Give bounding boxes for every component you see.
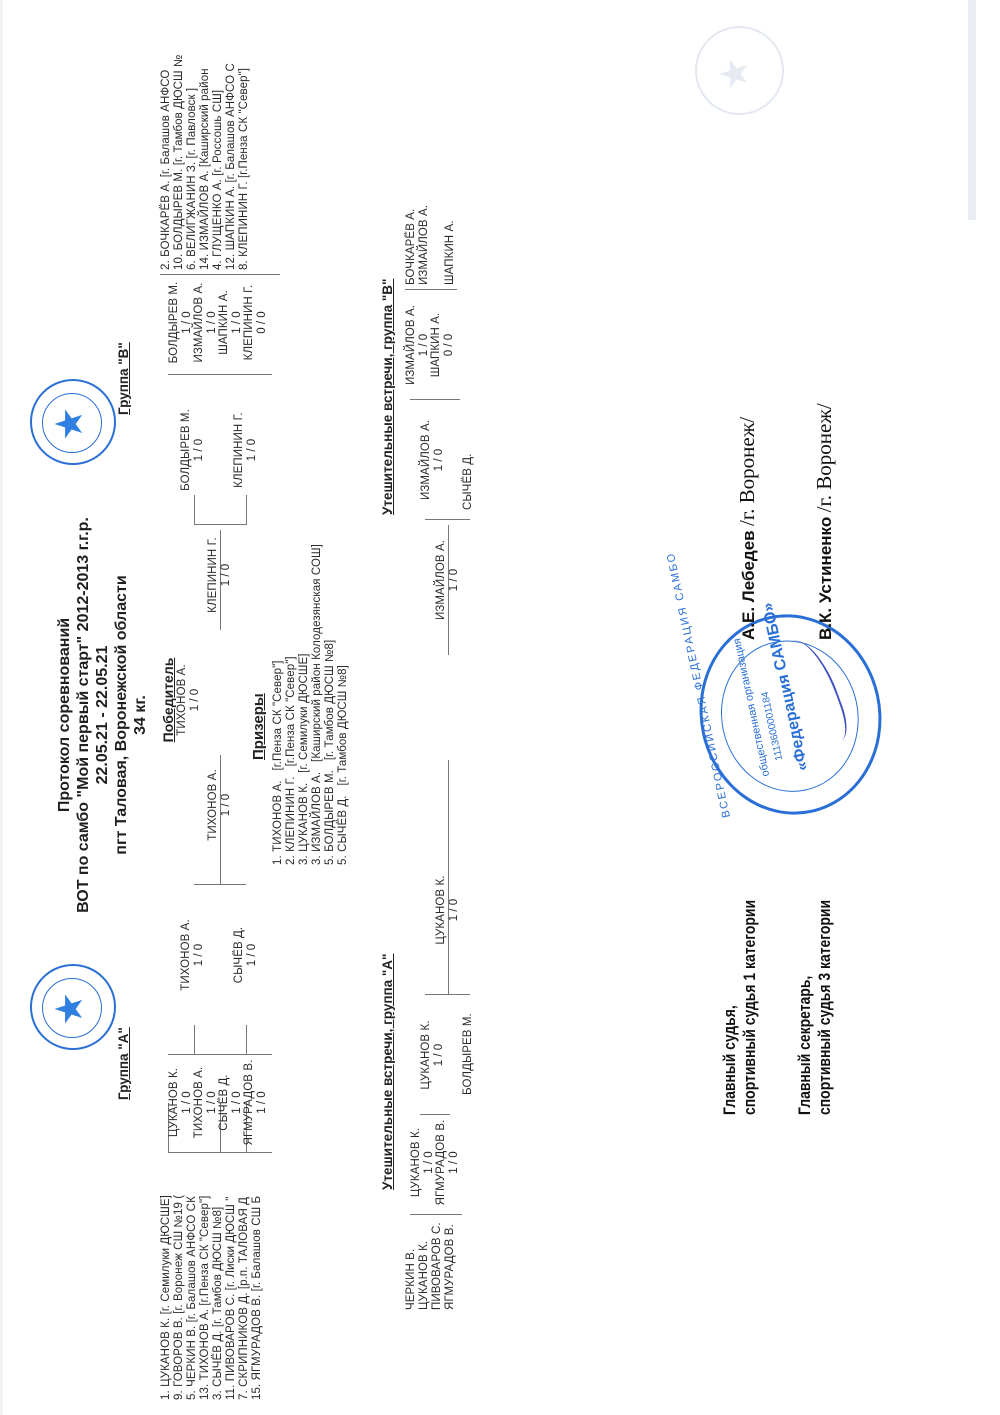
match-score: 1 / 0 [193, 380, 205, 520]
consolation-a-entrants: ЧЕРКИН В. ЦУКАНОВ К. ПИВОВАРОВ С. ЯГМУРА… [405, 1220, 457, 1310]
match-score: 1 / 0 [423, 1115, 435, 1210]
winner-name: ТИХОНОВ А. [176, 645, 189, 755]
header-line-3: 22.05.21 - 22.05.21 [93, 435, 112, 995]
header-line-1: Протокол соревнований [55, 435, 74, 995]
match-score: 1 / 0 [246, 380, 258, 520]
name: ЦУКАНОВ К. [298, 783, 310, 852]
club: [г.Пенза СК "Север"] [272, 660, 284, 770]
match-score: 1 / 0 [231, 1055, 243, 1150]
secretary-city: /г. Воронеж/ [812, 403, 836, 512]
judge-role-line1: Главный судья, [720, 900, 740, 1115]
entrant: ШАПКИН А. [444, 195, 457, 285]
participant: 4. ГЛУЩЕНКО А. [г. Россошь СШ] [212, 0, 225, 270]
club: [г. Семилуки ДЮСШЕ] [298, 653, 310, 772]
match-score: 1 / 0 [246, 885, 258, 1025]
entrant: ЧЕРКИН В. [405, 1220, 418, 1310]
match-score: 1 / 0 [181, 1055, 193, 1150]
winner-title: Победитель [160, 645, 176, 755]
match-winner: ИЗМАЙЛОВ А. [420, 405, 433, 515]
official-seal: общественная организация 1113600001184 «… [681, 597, 900, 831]
participant: 10. БОЛДЫРЕВ М. [г. Тамбов ДЮСШ № [173, 0, 186, 270]
place: 2. [285, 855, 297, 865]
match-score: 1 / 0 [433, 1000, 445, 1110]
match-score: 1 / 0 [448, 525, 460, 635]
participant: 12. ШАПКИН А. [г. Балашов АНФСО С [225, 0, 238, 270]
entrant: ИЗМАЙЛОВ А. [418, 195, 431, 285]
federation-logo-left: ★ [30, 964, 116, 1050]
group-a-round2-b: СЫЧЁВ Д. 1 / 0 [233, 885, 258, 1025]
match-winner: СЫЧЁВ Д. [218, 1055, 231, 1150]
place: 3. [311, 855, 323, 865]
match-score: 0 / 0 [256, 275, 268, 370]
secretary-role: Главный секретарь, спортивный судья 3 ка… [795, 853, 835, 1115]
consolation-b-opponent: СЫЧЁВ Д. [462, 454, 475, 510]
match-winner: ТИХОНОВ А. [180, 885, 193, 1025]
participant: 7. СКРИПНИКОВ Д. [р.п. ТАЛОВАЯ Д [238, 1150, 251, 1400]
match-winner: ЦУКАНОВ К. [168, 1055, 181, 1150]
entrant: ПИВОВАРОВ С. [431, 1220, 444, 1310]
match-winner: КЛЕПИНИН Г. [233, 380, 246, 520]
name: СЫЧЁВ Д. [337, 795, 349, 851]
match-winner: ЦУКАНОВ К. [410, 1115, 423, 1210]
header-line-4: пгт Таловая, Воронежской области [112, 435, 131, 995]
match-score: 1 / 0 [448, 855, 460, 965]
header-line-5: 34 кг. [131, 435, 150, 995]
match-score: 1 / 0 [206, 1055, 218, 1150]
match-score: 1 / 0 [448, 1115, 460, 1210]
match-winner: ШАПКИН А. [218, 275, 231, 370]
match-winner: ТИХОНОВ А. [193, 1055, 206, 1150]
place: 3. [298, 855, 310, 865]
secretary-role-line2: спортивный судья 3 категории [815, 900, 835, 1115]
place: 1. [272, 855, 284, 865]
consolation-b-entrants: БОЧКАРЁВ А. ИЗМАЙЛОВ А. ШАПКИН А. [405, 195, 457, 285]
participant: 6. ВЕЛИГЖАНИН З. [г. Павловск ] [186, 0, 199, 270]
prizewinners-list: 1. ТИХОНОВ А. [г.Пенза СК "Север"] 2. КЛ… [272, 544, 350, 865]
group-a-round2: ТИХОНОВ А. 1 / 0 [180, 885, 205, 1025]
consolation-a-opponent: БОЛДЫРЕВ М. [462, 1013, 475, 1095]
match-winner: СЫЧЁВ Д. [233, 885, 246, 1025]
participant: 11. ПИВОВАРОВ С. [г. Лиски ДЮСШ " [225, 1150, 238, 1400]
secretary-signature: В.К. Устиненко /г. Воронеж/ [812, 403, 837, 640]
match-winner: ИЗМАЙЛОВ А. [435, 525, 448, 635]
header-line-2: ВОТ по самбо "Мой первый старт" 2012-201… [74, 435, 93, 995]
consolation-a-title: Утешительные встречи, группа "А" [380, 954, 395, 1190]
scan-edge [968, 0, 976, 220]
winner-score: 1 / 0 [189, 645, 201, 755]
match-winner: ЯГМУРАДОВ В. [243, 1055, 256, 1150]
participant: 8. КЛЕПИНИН Г. [г.Пенза СК "Север"] [238, 0, 251, 270]
prizewinners-title: Призеры [250, 693, 267, 760]
secretary-name: В.К. Устиненко [816, 517, 835, 640]
judge-role-line2: спортивный судья 1 категории [740, 900, 760, 1115]
prizewinner-row: 5. СЫЧЁВ Д. [г. Тамбов ДЮСШ №8] [337, 544, 350, 865]
star-icon: ★ [50, 992, 90, 1026]
participant: 2. БОЧКАРЁВ А. [г. Балашов АНФСО [160, 0, 173, 270]
consolation-a-round2: ЦУКАНОВ К. 1 / 0 [420, 1000, 445, 1110]
club: [г. Тамбов ДЮСШ №8] [337, 665, 349, 786]
entrant: БОЧКАРЁВ А. [405, 195, 418, 285]
secretary-role-line1: Главный секретарь, [795, 900, 815, 1115]
consolation-a-round1: ЦУКАНОВ К. 1 / 0 ЯГМУРАДОВ В. 1 / 0 [410, 1115, 460, 1210]
group-b-final: КЛЕПИНИН Г. 1 / 0 [207, 525, 232, 625]
match-score: 1 / 0 [193, 885, 205, 1025]
group-b-round1: БОЛДЫРЕВ М. 1 / 0 ИЗМАЙЛОВ А. 1 / 0 ШАПК… [168, 275, 268, 370]
prizewinner-row: 3. ИЗМАЙЛОВ А. [Каширский район Колодезя… [311, 544, 324, 865]
consolation-b-round1: ИЗМАЙЛОВ А. 1 / 0 ШАПКИН А. 0 / 0 [405, 295, 455, 395]
match-winner: ТИХОНОВ А. [207, 755, 220, 855]
group-a-round1: ЦУКАНОВ К. 1 / 0 ТИХОНОВ А. 1 / 0 СЫЧЁВ … [168, 1055, 268, 1150]
name: БОЛДЫРЕВ М. [324, 770, 336, 852]
place: 5. [324, 855, 336, 865]
federation-logo-right: ★ [30, 379, 116, 465]
participant: 14. ИЗМАЙЛОВ А. [Каширский район [199, 0, 212, 270]
place: 5. [337, 855, 349, 865]
match-winner: ЯГМУРАДОВ В. [435, 1115, 448, 1210]
participant: 13. ТИХОНОВ А. [г.Пенза СК "Север"] [199, 1150, 212, 1400]
judge-city: /г. Воронеж/ [735, 417, 759, 526]
match-winner: БОЛДЫРЕВ М. [168, 275, 181, 370]
group-b-round2-b: КЛЕПИНИН Г. 1 / 0 [233, 380, 258, 520]
club: [Каширский район Колодезянская СОШ] [311, 544, 323, 762]
scan-edge-top [0, 0, 3, 1415]
participant: 3. СЫЧЁВ Д. [г. Тамбов ДЮСШ №8] [212, 1150, 225, 1400]
match-score: 1 / 0 [181, 275, 193, 370]
consolation-b-round2: ИЗМАЙЛОВ А. 1 / 0 [420, 405, 445, 515]
prizewinner-row: 1. ТИХОНОВ А. [г.Пенза СК "Север"] [272, 544, 285, 865]
match-winner: КЛЕПИНИН Г. [207, 525, 220, 625]
match-score: 1 / 0 [231, 275, 243, 370]
participant: 5. ЧЕРКИН В. [г. Балашов АНФСО СК [186, 1150, 199, 1400]
participant: 1. ЦУКАНОВ К. [г. Семилуки ДЮСШЕ] [160, 1150, 173, 1400]
entrant: ЦУКАНОВ К. [418, 1220, 431, 1310]
seal-outer-text: ВСЕРОССИЙСКАЯ ФЕДЕРАЦИЯ САМБО [665, 551, 733, 819]
consolation-b-title: Утешительные встречи, группа "В" [380, 279, 395, 515]
match-score: 0 / 0 [443, 295, 455, 395]
prizewinner-row: 2. КЛЕПИНИН Г. [г.Пенза СК "Север"] [285, 544, 298, 865]
star-icon: ★ [715, 57, 755, 91]
group-a-participants: 1. ЦУКАНОВ К. [г. Семилуки ДЮСШЕ] 9. ГОВ… [160, 1150, 264, 1400]
name: ИЗМАЙЛОВ А. [311, 772, 323, 852]
protocol-sheet: Протокол соревнований ВОТ по самбо "Мой … [0, 0, 1000, 1415]
participant: 15. ЯГМУРАДОВ В. [г. Балашов СШ Б [251, 1150, 264, 1400]
participant: 9. ГОВОРОВ В. [г. Воронеж СШ №19 ( [173, 1150, 186, 1400]
name: КЛЕПИНИН Г. [285, 776, 297, 852]
match-winner: ИЗМАЙЛОВ А. [193, 275, 206, 370]
match-score: 1 / 0 [220, 525, 232, 625]
match-winner: БОЛДЫРЕВ М. [180, 380, 193, 520]
match-winner: ИЗМАЙЛОВ А. [405, 295, 418, 395]
match-score: 1 / 0 [433, 405, 445, 515]
match-winner: КЛЕПИНИН Г. [243, 275, 256, 370]
winner-block: Победитель ТИХОНОВ А. 1 / 0 [160, 645, 201, 755]
group-b-title: Группа "В" [116, 342, 131, 415]
entrant: ЯГМУРАДОВ В. [444, 1220, 457, 1310]
match-winner: ЦУКАНОВ К. [435, 855, 448, 965]
match-score: 1 / 0 [256, 1055, 268, 1150]
group-a-title: Группа "А" [116, 1027, 131, 1100]
group-b-round2: БОЛДЫРЕВ М. 1 / 0 [180, 380, 205, 520]
match-winner: ШАПКИН А. [430, 295, 443, 395]
club: [г.Пенза СК "Север"] [285, 656, 297, 766]
group-b-participants: 2. БОЧКАРЁВ А. [г. Балашов АНФСО 10. БОЛ… [160, 0, 251, 270]
prizewinner-row: 3. ЦУКАНОВ К. [г. Семилуки ДЮСШЕ] [298, 544, 311, 865]
prizewinner-row: 5. БОЛДЫРЕВ М. [г. Тамбов ДЮСШ №8] [324, 544, 337, 865]
club: [г. Тамбов ДЮСШ №8] [324, 640, 336, 761]
match-winner: ЦУКАНОВ К. [420, 1000, 433, 1110]
protocol-header: Протокол соревнований ВОТ по самбо "Мой … [55, 435, 150, 995]
match-score: 1 / 0 [206, 275, 218, 370]
match-score: 1 / 0 [220, 755, 232, 855]
judge-name: А.Е. Лебедев [739, 530, 758, 640]
name: ТИХОНОВ А. [272, 780, 284, 852]
star-icon: ★ [50, 407, 90, 441]
match-score: 1 / 0 [418, 295, 430, 395]
judge-signature: А.Е. Лебедев /г. Воронеж/ [735, 417, 760, 640]
faint-stamp: ★ [695, 26, 784, 115]
judge-role: Главный судья, спортивный судья 1 катего… [720, 853, 760, 1115]
